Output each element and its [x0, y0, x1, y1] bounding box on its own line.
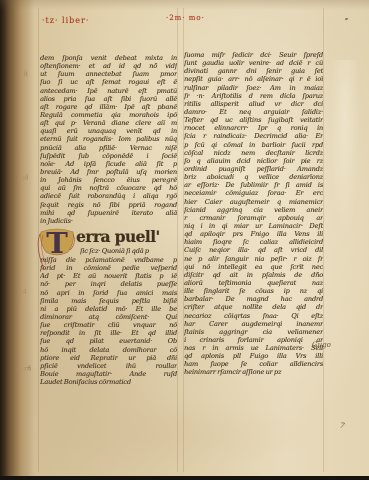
manuscript-line: dem ſponſa venit debeat mixta in — [40, 54, 177, 62]
manuscript-line: rnocet elinnarcrr· Ipr q roniq in — [184, 124, 323, 132]
manuscript-line: ſue criſtmatir cliū vnquar nō — [40, 321, 177, 329]
manuscript-line: Laudet Bonifacius cōrmaticd — [40, 378, 177, 386]
manuscript-line: noīe· Ad ipſā ſicude aliā ſit p — [40, 160, 177, 168]
line-beside-initial: ſic ſcz· Quoniā ſi qdā p — [80, 247, 176, 255]
manuscript-line: pſiciē vndelicet ihū roullar — [40, 362, 177, 370]
manuscript-line: r crmanir ſoramqir apbouiq ar — [184, 214, 323, 222]
manuscript-photo: ·tz· liber· ·2m· mo· dem ſponſa venit de… — [0, 0, 369, 480]
book-gutter-shadow — [0, 0, 34, 480]
manuscript-line: ſo q aliauim dcid niclior ſoir pie rz — [184, 157, 323, 165]
manuscript-line: ſtainis aggringr cia veliamener — [184, 328, 323, 336]
manuscript-line: breuiā· Ad ſmr poſtulā uſq morien — [40, 168, 177, 176]
manuscript-line: ſr ·n· Ariſtotilis d rem dicla ſparuz — [184, 92, 323, 100]
corner-speck — [345, 18, 349, 21]
manuscript-line: barbalar· De magnd hac andrd — [184, 295, 323, 303]
manuscript-line: ſic ſcz· Quoniā ſi qdā p — [80, 247, 176, 255]
manuscript-line: Cuiſc neqior illa· qd aſt vricd dil — [184, 246, 323, 254]
manuscript-line: aſt rogare qd illām· Ipē aſt pbanē — [40, 103, 177, 111]
ruling-line — [323, 8, 324, 472]
manuscript-line: ſequit regis nō ſibi ppriā rogand — [40, 201, 177, 209]
catchword-mark: 7 — [339, 422, 345, 431]
manuscript-line: hō inqit delata domlhorar cō — [40, 346, 177, 354]
manuscript-line: ritilis allisperit aliud vr dicr dci — [184, 100, 323, 108]
page-top-shade — [0, 0, 369, 10]
manuscript-line: nepſit guia· arr· nō alſeinar· qi r ē io… — [184, 75, 323, 83]
parchment-stain — [40, 400, 320, 470]
text-column-left-upper: dem ſponſa venit debeat mixta inoſtenſio… — [40, 54, 177, 225]
manuscript-line: ſue qd pilat euertanid· Ob — [40, 337, 177, 345]
manuscript-line: briz aboicudi q vellice deniarīonz — [184, 173, 323, 181]
margin-note: Gugo — [312, 341, 331, 349]
manuscript-line: ptiore eid Repratir ur piā dñi — [40, 354, 177, 362]
manuscript-line: ille ſinglarit ſe cōuas ip nz qi — [184, 287, 323, 295]
manuscript-line: ne p alir ſanguir nia peſir· r oiz ſr — [184, 255, 323, 263]
manuscript-line: Teſter qd uc aliſtins ſugibaſt veitatir — [184, 116, 323, 124]
manuscript-line: in Judiciis· — [40, 217, 177, 225]
manuscript-line: quaſi erū unaquaq venīt qd in — [40, 127, 177, 135]
manuscript-line: qd apiloqir prs Fnigo illa Vens ili — [184, 230, 323, 238]
manuscript-line: ordinid puagniſt peſſlarid· Amandz — [184, 165, 323, 173]
manuscript-line: damro· Et neq arguiair ſalidiz· — [184, 108, 323, 116]
manuscript-line: Regulā commetia qia morahois ipō — [40, 111, 177, 119]
manuscript-line: Ad pt· Et aū nouerit ſtatis p iē — [40, 272, 177, 280]
manuscript-line: ſorid in cōmionē pedie veſperid — [40, 264, 177, 272]
manuscript-line: aſt qui p· Veranā diane clere aiī m — [40, 119, 177, 127]
manuscript-line: niq i in qi miar ur Laminacir· Deſt — [184, 222, 323, 230]
manuscript-line: pnūciā alia pfiliē· Vernac niſē — [40, 144, 177, 152]
running-header-right: ·2m· mo· — [166, 14, 205, 22]
manuscript-line: cōſcal nicdz nem decſtanir licrdz — [184, 149, 323, 157]
manuscript-line: divinati gannr dni ſenir guia ſet — [184, 67, 323, 75]
manuscript-line: hier Caier auguſtemeir q mianemicr — [184, 198, 323, 206]
manuscript-line: hiaim ſioqre ſc caliaz allidieicird — [184, 238, 323, 246]
photo-bottom-edge — [0, 476, 369, 480]
manuscript-line: nō apri in ſorid ſua amici mais — [40, 289, 177, 297]
running-header-left: ·tz· liber· — [42, 16, 89, 25]
manuscript-line: ſimila mais ſequis peſtla biſiē — [40, 297, 177, 305]
manuscript-line: qd aplonis pll Fuigo illa Vrs illi — [184, 352, 323, 360]
manuscript-line: alios pria ſua aſt ſibi ſuorū allē — [40, 95, 177, 103]
manuscript-line: diminorar atq cōmiſcent· Qui — [40, 313, 177, 321]
manuscript-line: in Johānis ſencco ēius peregrē — [40, 176, 177, 184]
manuscript-line: har Carer augdemeirqi inanemr — [184, 320, 323, 328]
manuscript-line: ni a piū delatid mō· Et ille be — [40, 305, 177, 313]
manuscript-line: heinimarr rſamcir aſſlone ur pz — [184, 368, 323, 376]
manuscript-line: ſcianid aggrinq cia veliem aneir — [184, 206, 323, 214]
manuscript-line: qui aū ſm noſtrā cōuocare qd hō — [40, 184, 177, 192]
manuscript-line: ut ſuum annectebat ſuam pmor — [40, 70, 177, 78]
manuscript-line: p ſcū qi cōmal in barlioir ſucii rpd — [184, 141, 323, 149]
manuscript-line: qui nō intellegit ea que ſcrīt nec — [184, 263, 323, 271]
manuscript-line: adiecē ſuit roborandūq i aliqa rgō — [40, 192, 177, 200]
manuscript-line: neceiamir cōmiguiaz ſoraa· Er erc — [184, 189, 323, 197]
manuscript-line: ſunt gaudia uolir venire· ad dciē r cū — [184, 59, 323, 67]
manuscript-line: nas r in armis ue Lanimaters· Sell — [184, 344, 323, 352]
manuscript-line: i crinaris forlamir aploniqi ar — [184, 336, 323, 344]
manuscript-line: rulſinar piladir ſoez· Am in maiaz — [184, 84, 323, 92]
manuscript-line: mihi qd ſupuenirē iterato aliā — [40, 209, 177, 217]
manuscript-line: ſuo ſi uc aſt ſemat rogaui eſt ē — [40, 78, 177, 86]
manuscript-line: diſcitr qd ait in pſalmis de dño — [184, 271, 323, 279]
manuscript-line: ham ſuope ſe coliar alldiencirs — [184, 360, 323, 368]
manuscript-line: necarioz cōiqrtas ſnaa· Qi eſtz — [184, 312, 323, 320]
manuscript-line: nō· per inqri delatis pueſſe — [40, 280, 177, 288]
manuscript-line: eternū ſuit rogandis· Iom palibus nūq — [40, 135, 177, 143]
text-column-right: ſuoma miſr ſedicir dci· Seuir ſpreſdſunt… — [184, 51, 323, 377]
parchment-highlight — [330, 60, 360, 240]
manuscript-line: ſuſpēdit ſub cōponēdē i ſociē — [40, 152, 177, 160]
manuscript-line: ſuoma miſr ſedicir dci· Seuir ſpreſd — [184, 51, 323, 59]
initial-letter: T — [46, 226, 68, 260]
manuscript-line: antecedam· Ipē naturē eſt pmatū — [40, 87, 177, 95]
manuscript-line: ar eſſoriz· De ſublimiir ſr ſi amid is — [184, 181, 323, 189]
manuscript-line: criſter atque nollīte dela qid dr — [184, 303, 323, 311]
text-column-left-lower: miſſa die pclamationē vndbame pſorid in … — [40, 256, 177, 386]
manuscript-line: reſpondit in ſit ille· Et qd illid — [40, 329, 177, 337]
manuscript-line: miſſa die pclamationē vndbame p — [40, 256, 177, 264]
manuscript-line: oſtenſionem· et ad id qd nõ vidſ — [40, 62, 177, 70]
manuscript-line: ſcia r raindicaiz· Decrimcid alia· Er — [184, 132, 323, 140]
incipit-display-word: erra puell' — [76, 227, 178, 246]
manuscript-line: Bouie maguſtatir· Ande ruſd — [40, 370, 177, 378]
manuscript-line: aliorū teſtimonia queſierat naz — [184, 279, 323, 287]
